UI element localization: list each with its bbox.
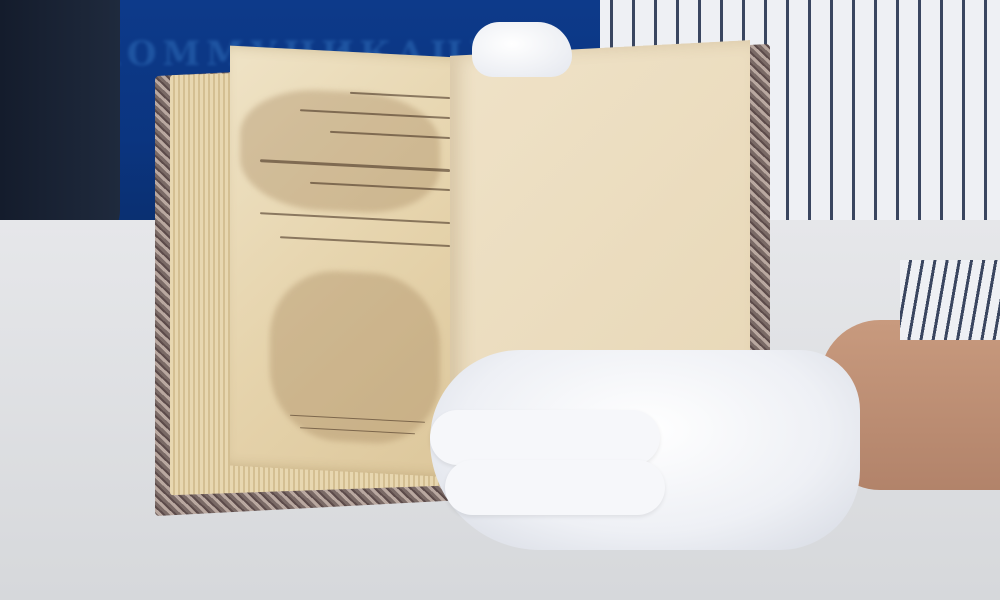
text-line: [280, 236, 450, 247]
gloved-hand-bottom: [430, 350, 860, 550]
person-left-dark-suit: [0, 0, 120, 250]
stain: [240, 86, 440, 216]
shirt-sleeve: [900, 260, 1000, 340]
glove-finger: [445, 460, 665, 515]
glove-finger: [430, 410, 660, 465]
gloved-thumb-top: [472, 22, 572, 77]
text-line: [260, 212, 450, 224]
photo-scene: … КОММУНИКАЦИЯ: [0, 0, 1000, 600]
stain: [270, 268, 440, 447]
